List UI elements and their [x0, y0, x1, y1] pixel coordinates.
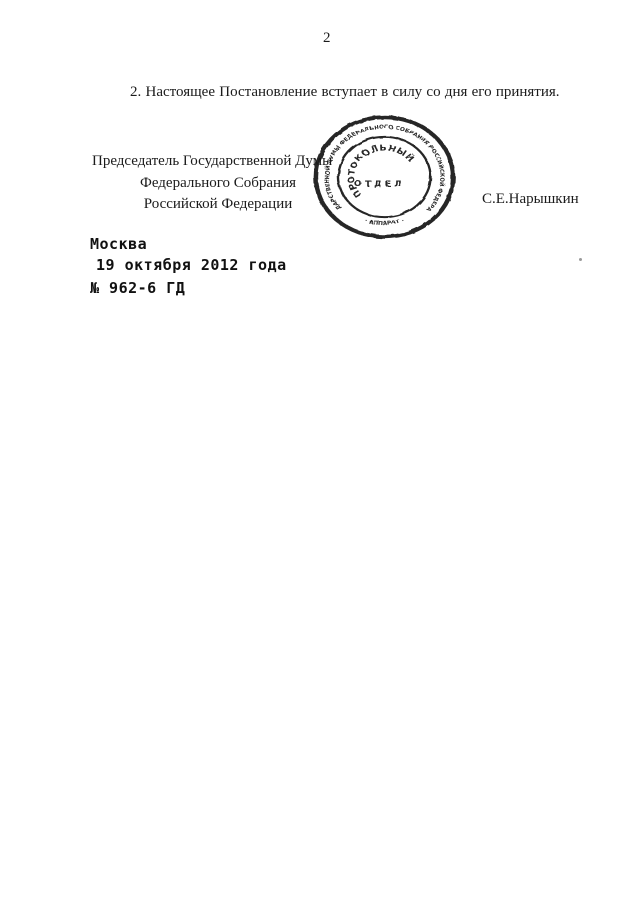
stamp-outer-circle — [316, 117, 453, 236]
page-number: 2 — [0, 30, 640, 47]
signature-block: Председатель Государственной Думы Федера… — [92, 151, 344, 216]
scan-artifact-dot — [579, 258, 582, 261]
footer-doc-number: № 962-6 ГД — [90, 279, 185, 297]
svg-text:· АППАРАТ ·: · АППАРАТ · — [364, 218, 406, 227]
footer-date: 19 октября 2012 года — [96, 256, 287, 274]
document-page: 2 2. Настоящее Постановление вступает в … — [0, 0, 640, 905]
signer-name: С.Е.Нарышкин — [482, 191, 579, 208]
body-paragraph: 2. Настоящее Постановление вступает в си… — [92, 84, 560, 101]
signer-title-line-2: Федерального Собрания — [92, 173, 344, 195]
signer-title-line-1: Председатель Государственной Думы — [92, 151, 344, 173]
stamp-ring-text-bottom: · АППАРАТ · — [364, 218, 406, 227]
signer-title-line-3: Российской Федерации — [92, 194, 344, 216]
protocol-department-stamp-icon: ГОСУДАРСТВЕННОЙ ДУМЫ ФЕДЕРАЛЬНОГО СОБРАН… — [311, 113, 458, 241]
stamp-center-text: ОТДЕЛ — [354, 179, 404, 188]
footer-city: Москва — [90, 235, 147, 253]
stamp-artwork: ГОСУДАРСТВЕННОЙ ДУМЫ ФЕДЕРАЛЬНОГО СОБРАН… — [311, 113, 453, 237]
